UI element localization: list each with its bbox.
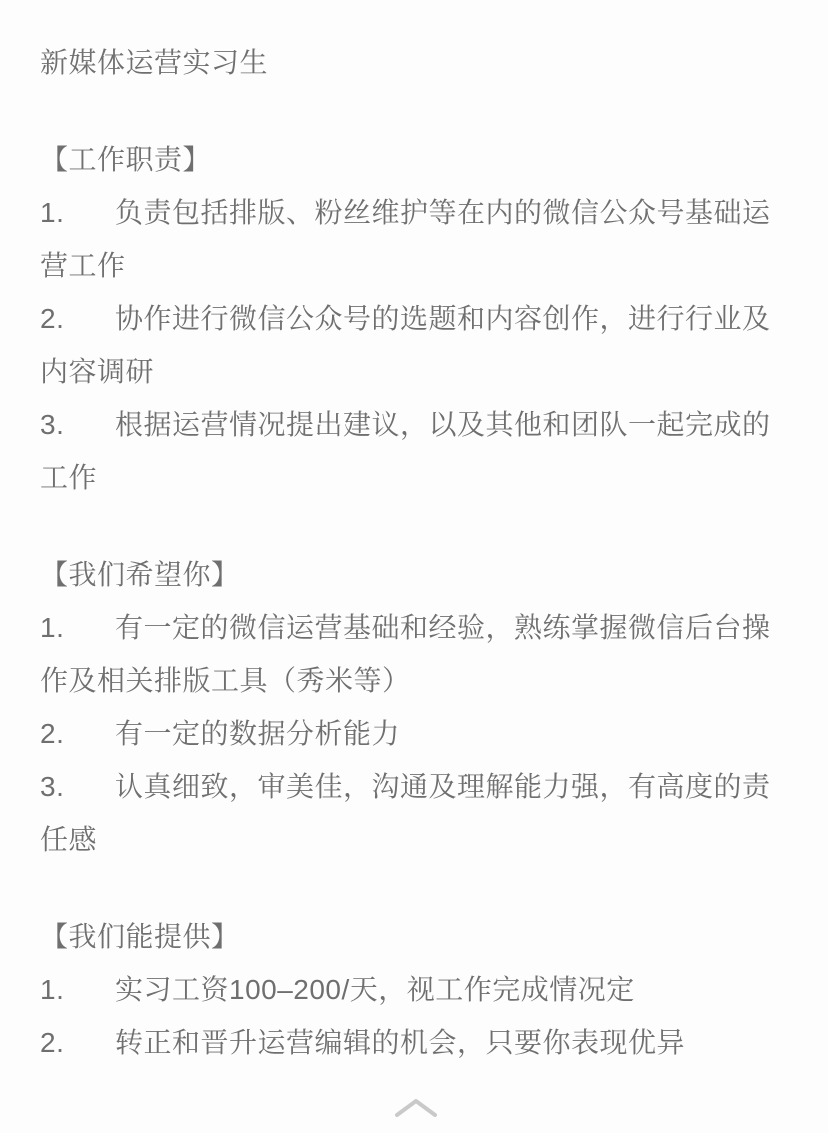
list-item-text: 转正和晋升运营编辑的机会，只要你表现优异 bbox=[115, 1027, 685, 1058]
list-item-text: 有一定的数据分析能力 bbox=[115, 718, 400, 749]
list-item-text: 协作进行微信公众号的选题和内容创作，进行行业及内容调研 bbox=[40, 303, 771, 387]
list-item-text: 根据运营情况提出建议，以及其他和团队一起完成的工作 bbox=[40, 409, 771, 493]
section-heading-responsibilities: 【工作职责】 bbox=[40, 133, 792, 186]
list-item-number: 1. bbox=[40, 963, 115, 1016]
section-heading-expectations: 【我们希望你】 bbox=[40, 548, 792, 601]
list-item-number: 2. bbox=[40, 707, 115, 760]
section-expectations: 【我们希望你】 1.有一定的微信运营基础和经验，熟练掌握微信后台操作及相关排版工… bbox=[40, 548, 792, 866]
list-item-number: 2. bbox=[40, 292, 115, 345]
list-item: 1.有一定的微信运营基础和经验，熟练掌握微信后台操作及相关排版工具（秀米等） bbox=[40, 601, 792, 707]
list-item: 3.认真细致，审美佳，沟通及理解能力强，有高度的责任感 bbox=[40, 760, 792, 866]
chevron-up-icon bbox=[394, 1097, 438, 1119]
list-item-number: 1. bbox=[40, 186, 115, 239]
collapse-button[interactable] bbox=[394, 1097, 438, 1119]
list-item: 2.有一定的数据分析能力 bbox=[40, 707, 792, 760]
list-item: 3.根据运营情况提出建议，以及其他和团队一起完成的工作 bbox=[40, 398, 792, 504]
list-item-number: 1. bbox=[40, 601, 115, 654]
list-item-number: 3. bbox=[40, 760, 115, 813]
list-item: 2.协作进行微信公众号的选题和内容创作，进行行业及内容调研 bbox=[40, 292, 792, 398]
list-item-number: 2. bbox=[40, 1016, 115, 1069]
section-responsibilities: 【工作职责】 1.负责包括排版、粉丝维护等在内的微信公众号基础运营工作 2.协作… bbox=[40, 133, 792, 504]
page-title: 新媒体运营实习生 bbox=[40, 36, 792, 89]
list-item-number: 3. bbox=[40, 398, 115, 451]
list-item: 1.负责包括排版、粉丝维护等在内的微信公众号基础运营工作 bbox=[40, 186, 792, 292]
section-offers: 【我们能提供】 1.实习工资100–200/天，视工作完成情况定 2.转正和晋升… bbox=[40, 910, 792, 1069]
job-description-document: 新媒体运营实习生 【工作职责】 1.负责包括排版、粉丝维护等在内的微信公众号基础… bbox=[0, 0, 828, 1133]
list-item: 2.转正和晋升运营编辑的机会，只要你表现优异 bbox=[40, 1016, 792, 1069]
page: { "page": { "title": "新媒体运营实习生" }, "sect… bbox=[0, 0, 828, 1133]
list-item-text: 负责包括排版、粉丝维护等在内的微信公众号基础运营工作 bbox=[40, 197, 771, 281]
list-item-text: 有一定的微信运营基础和经验，熟练掌握微信后台操作及相关排版工具（秀米等） bbox=[40, 612, 771, 696]
list-item-text: 认真细致，审美佳，沟通及理解能力强，有高度的责任感 bbox=[40, 771, 771, 855]
list-item-text: 实习工资100–200/天，视工作完成情况定 bbox=[115, 974, 635, 1005]
list-item: 1.实习工资100–200/天，视工作完成情况定 bbox=[40, 963, 792, 1016]
collapse-control bbox=[40, 1083, 792, 1133]
section-heading-offers: 【我们能提供】 bbox=[40, 910, 792, 963]
